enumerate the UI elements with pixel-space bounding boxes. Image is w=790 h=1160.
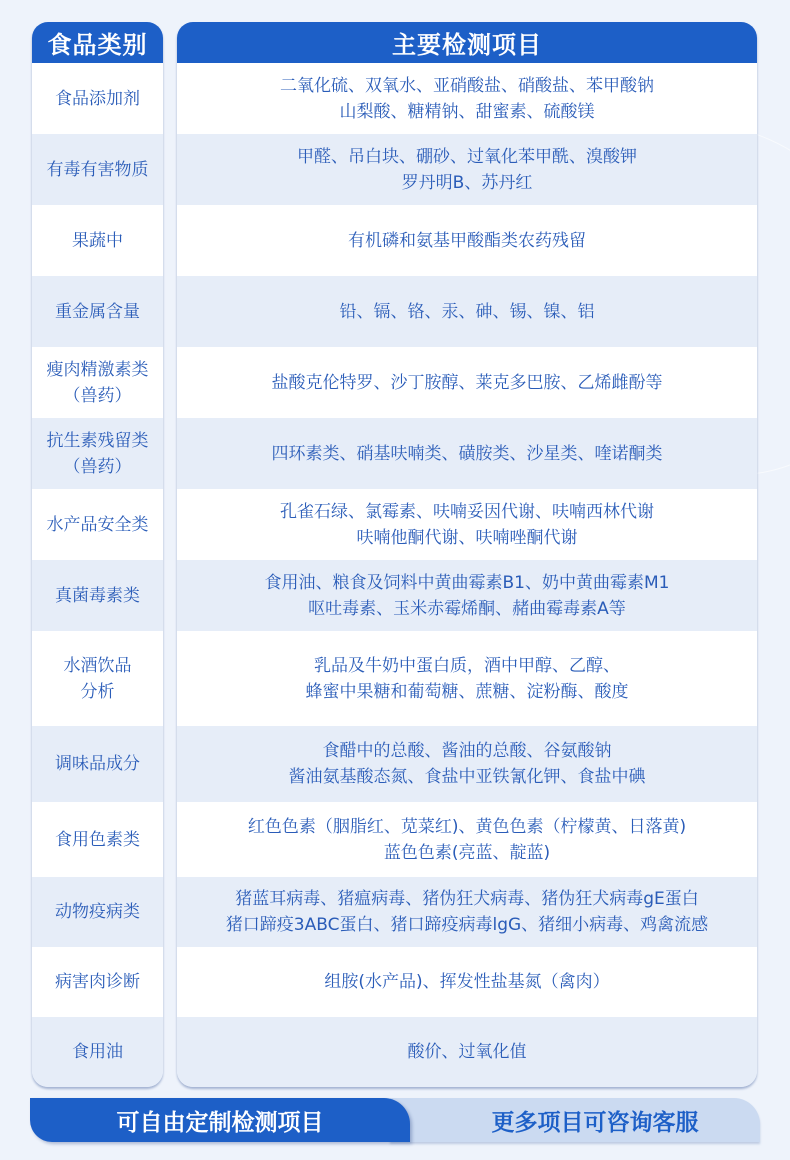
category-cell: 重金属含量: [32, 276, 163, 347]
items-cell: 食醋中的总酸、酱油的总酸、谷氨酸钠 酱油氨基酸态氮、食盐中亚铁氰化钾、食盐中碘: [177, 726, 757, 802]
items-column: 主要检测项目 二氧化硫、双氧水、亚硝酸盐、硝酸盐、苯甲酸钠 山梨酸、糖精钠、甜蜜…: [177, 22, 757, 1087]
items-cell: 酸价、过氧化值: [177, 1017, 757, 1087]
category-cell: 有毒有害物质: [32, 134, 163, 205]
category-cell: 真菌毒素类: [32, 560, 163, 631]
category-cell: 病害肉诊断: [32, 947, 163, 1017]
items-cell: 铅、镉、铬、汞、砷、锡、镍、铝: [177, 276, 757, 347]
items-cell: 甲醛、吊白块、硼砂、过氧化苯甲酰、溴酸钾 罗丹明B、苏丹红: [177, 134, 757, 205]
category-cell: 水产品安全类: [32, 489, 163, 560]
category-column: 食品类别 食品添加剂 有毒有害物质 果蔬中 重金属含量 瘦肉精激素类 （兽药） …: [32, 22, 163, 1087]
items-cell: 组胺(水产品)、挥发性盐基氮（禽肉）: [177, 947, 757, 1017]
category-cell: 食用色素类: [32, 802, 163, 877]
category-cell: 抗生素残留类 （兽药）: [32, 418, 163, 489]
footer-bar: 更多项目可咨询客服 可自由定制检测项目: [30, 1098, 760, 1142]
category-cell: 调味品成分: [32, 726, 163, 802]
category-cell: 动物疫病类: [32, 877, 163, 947]
items-header: 主要检测项目: [177, 22, 757, 63]
items-cell: 猪蓝耳病毒、猪瘟病毒、猪伪狂犬病毒、猪伪狂犬病毒gE蛋白 猪口蹄疫3ABC蛋白、…: [177, 877, 757, 947]
category-cell: 果蔬中: [32, 205, 163, 276]
items-cell: 四环素类、硝基呋喃类、磺胺类、沙星类、喹诺酮类: [177, 418, 757, 489]
items-cell: 二氧化硫、双氧水、亚硝酸盐、硝酸盐、苯甲酸钠 山梨酸、糖精钠、甜蜜素、硫酸镁: [177, 63, 757, 134]
items-cell: 食用油、粮食及饲料中黄曲霉素B1、奶中黄曲霉素M1 呕吐毒素、玉米赤霉烯酮、赭曲…: [177, 560, 757, 631]
items-cell: 孔雀石绿、氯霉素、呋喃妥因代谢、呋喃西林代谢 呋喃他酮代谢、呋喃唑酮代谢: [177, 489, 757, 560]
items-cell: 盐酸克伦特罗、沙丁胺醇、莱克多巴胺、乙烯雌酚等: [177, 347, 757, 418]
category-header: 食品类别: [32, 22, 163, 63]
items-cell: 乳品及牛奶中蛋白质，酒中甲醇、乙醇、 蜂蜜中果糖和葡萄糖、蔗糖、淀粉酶、酸度: [177, 631, 757, 726]
consult-service-button[interactable]: 更多项目可咨询客服: [390, 1098, 760, 1142]
category-cell: 水酒饮品 分析: [32, 631, 163, 726]
items-cell: 红色色素（胭脂红、苋菜红)、黄色色素（柠檬黄、日落黄) 蓝色色素(亮蓝、靛蓝): [177, 802, 757, 877]
category-cell: 食用油: [32, 1017, 163, 1087]
custom-tests-button[interactable]: 可自由定制检测项目: [30, 1098, 410, 1142]
category-cell: 食品添加剂: [32, 63, 163, 134]
category-cell: 瘦肉精激素类 （兽药）: [32, 347, 163, 418]
items-cell: 有机磷和氨基甲酸酯类农药残留: [177, 205, 757, 276]
